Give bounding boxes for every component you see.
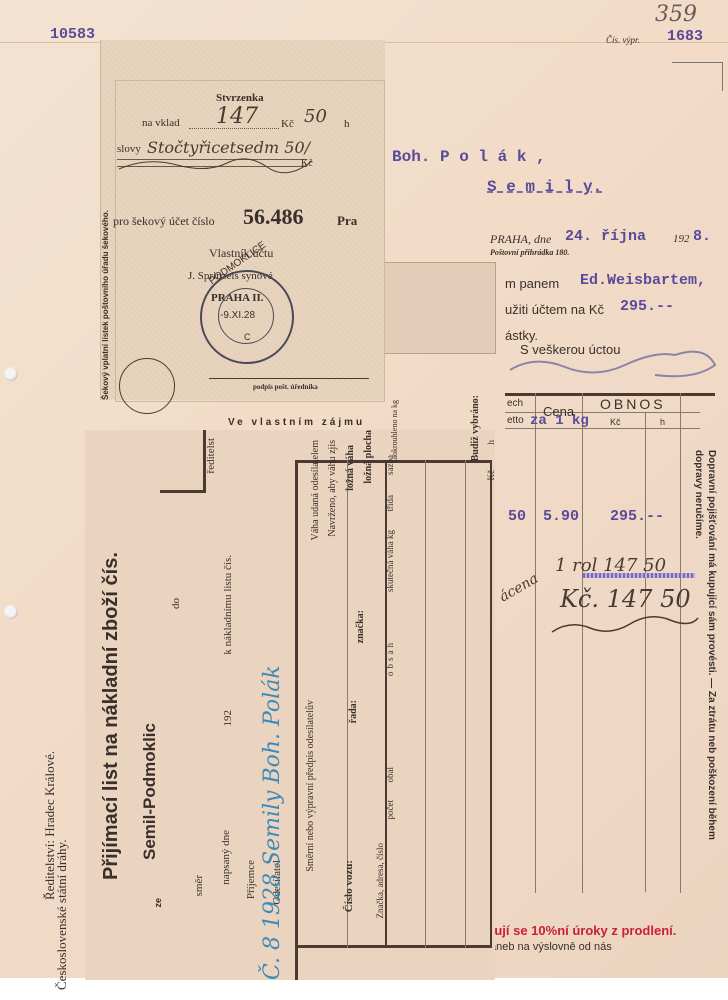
signature (505, 325, 725, 395)
body-line-value: Ed.Weisbartem, (580, 272, 706, 289)
year-suffix: 8. (693, 228, 711, 245)
receipt-bottom-strip: Ve vlastním zájmu (228, 417, 365, 428)
waybill-col-line (425, 460, 426, 948)
directorate: Ředitelství: Hradec Králové. (42, 700, 58, 900)
col-znacka-adresa: Značka, adresa, číslo (375, 843, 385, 918)
handwritten-total: Kč. 147 50 (560, 585, 691, 613)
table-col-line (582, 393, 583, 893)
col-lozna-vaha: ložná váha (345, 445, 356, 491)
amount-kc: 147 (216, 104, 258, 129)
row-price: 5.90 (543, 508, 579, 525)
addressee-name: Boh. P o l á k , (392, 148, 546, 166)
footer-interest-notice: tují se 10%ní úroky z prodlení. (490, 923, 676, 938)
shipping-disclaimer: Dopravní pojišťování má kupující sám pro… (690, 450, 718, 870)
obnos-kc: Kč (610, 417, 621, 427)
col-cislo-vozu: Číslo vozu: (343, 860, 355, 912)
col-header: etto (507, 415, 524, 426)
cena-sub: za 1 kg (530, 413, 589, 429)
po-box: Poštovní přihrádka 180. (490, 248, 569, 257)
year-label: 192 (222, 710, 234, 727)
field-napsany-dne: napsaný dne (220, 830, 232, 885)
addressee-city: S e m i l y. (487, 178, 602, 196)
date-day-month: 24. října (565, 228, 646, 245)
waybill-border (295, 945, 490, 948)
waybill-border (490, 460, 492, 948)
postmark-code: C (244, 332, 251, 342)
wavy-line (550, 610, 700, 640)
row-qty: 50 (508, 508, 526, 525)
col-trida: třída (385, 495, 395, 512)
col-rada: řada: (348, 700, 359, 723)
receipt-title: Stvrzenka (216, 92, 264, 104)
waybill-col-line (465, 460, 466, 948)
col-obal: obal (385, 767, 395, 783)
signature-line (209, 378, 369, 379)
account-number: 56.486 (243, 204, 304, 230)
strike-wave (117, 155, 317, 185)
table-col-line (680, 393, 681, 893)
document-number: 10583 (50, 26, 95, 43)
cis-vypr-label: Čís. výpr. (606, 35, 640, 45)
to-label: do (170, 598, 182, 609)
amount-h: 50 (304, 106, 327, 127)
kc-label-2: Kč (301, 158, 313, 169)
col-vaha-udana: Váha udaná odesílatelem (310, 440, 321, 541)
punch-hole (4, 605, 18, 619)
table-col-line (535, 393, 536, 893)
body-line-prefix: m panem (505, 276, 559, 291)
postmark-date: -9.XI.28 (220, 310, 255, 321)
col-h: h (486, 440, 496, 445)
field-ze: ze (153, 898, 163, 908)
postmark-stamp: PODMOKLICE -9.XI.28 C (200, 270, 294, 364)
col-lozna-plocha: ložná plocha (363, 430, 374, 484)
field-prijemce: Příjemce (245, 860, 257, 899)
col-header: ech (507, 398, 523, 409)
waybill-border (295, 460, 298, 980)
place-label: PRAHA, dne (490, 232, 551, 247)
handwritten-waybill: Č. 8 1928 Semily Boh. Polák (260, 620, 285, 980)
row-amount: 295.-- (610, 508, 664, 525)
account-city: Pra (337, 213, 357, 229)
col-znacka: značka: (355, 610, 366, 643)
waybill-station: Semil-Podmoklic (140, 660, 160, 860)
ref-label: k nákladnímu listu čís. (222, 555, 234, 655)
year-prefix: 192 (673, 233, 690, 245)
col-budiz-vybrano: Budiž vybráno: (470, 395, 481, 461)
col-kc: Kč (486, 470, 496, 481)
purple-stamp-line (583, 573, 695, 578)
obnos-h: h (660, 417, 665, 427)
slovy-label: slovy (117, 143, 141, 155)
table-col-line (645, 412, 646, 892)
h-label: h (344, 118, 350, 130)
waybill-title: Přijímací list na nákladní zboží čís. (100, 460, 123, 880)
receipt-side-text: Šekový vplatní lístek poštovního úřadu š… (101, 110, 110, 400)
col-skutecna-vaha: skutečná váha kg (385, 530, 395, 592)
col-header-obnos: OBNOS (600, 396, 666, 412)
signature-label: podpis pošt. úředníka (253, 383, 318, 391)
col-zaokrouhleno: zaokrouhleno na kg (390, 400, 399, 463)
col-pocet: počet (385, 800, 395, 820)
col-navrzeno: Navrženo, aby váhu zjis (327, 440, 338, 537)
footer-text: aneb na výslovně od nás (490, 941, 612, 953)
reditelstvi-box: ředitelst (205, 438, 217, 473)
field-smer: směr (193, 875, 205, 896)
body-line-prefix: užiti účtem na Kč (505, 302, 604, 317)
reditelstvi-box-line (160, 490, 206, 493)
address-corner-mark (672, 62, 723, 91)
col-obsah: obsah (385, 640, 395, 676)
stamp-circle-placeholder (119, 358, 175, 414)
kc-label: Kč (281, 118, 294, 130)
na-vklad-label: na vklad (142, 117, 180, 129)
punch-hole (4, 367, 18, 381)
col-smerni-predpis: Směrní nebo výpravní předpis odesílatelů… (305, 700, 316, 872)
cis-vypr-value: 1683 (667, 28, 703, 45)
handwritten-reference: 359 (655, 2, 697, 27)
account-label: pro šekový účet číslo (113, 214, 215, 229)
body-line-value: 295.-- (620, 298, 674, 315)
waybill-upper-tab (370, 262, 496, 354)
